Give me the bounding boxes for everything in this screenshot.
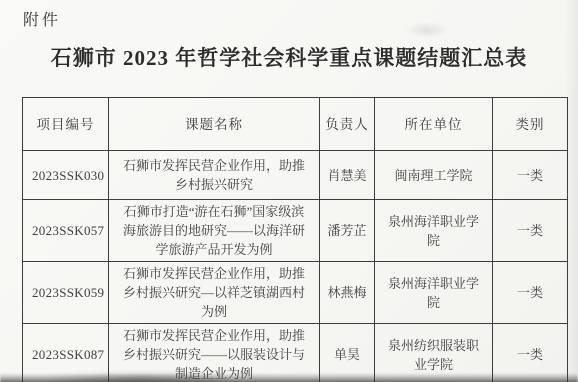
unit-cell: 闽南理工学院 [375, 151, 493, 200]
table-row: 2023SSK057 石狮市打造“游在石狮”国家级滨海旅游目的地研究——以海洋研… [23, 200, 568, 262]
topic-cell: 石狮市发挥民营企业作用，助推乡村振兴研究——以服装设计与制造企业为例 [109, 324, 320, 382]
leader-cell: 林燕梅 [320, 262, 375, 324]
category-cell: 一类 [493, 151, 568, 200]
unit-cell: 泉州海洋职业学院 [375, 262, 493, 324]
scanned-document-page: 附件 石狮市 2023 年哲学社会科学重点课题结题汇总表 项目编号 课题名称 负… [0, 0, 578, 382]
leader-cell: 潘芳芷 [320, 200, 375, 262]
header-project-code: 项目编号 [23, 98, 109, 151]
project-code-cell: 2023SSK087 [23, 324, 109, 382]
category-cell: 一类 [493, 200, 568, 262]
table-row: 2023SSK087 石狮市发挥民营企业作用，助推乡村振兴研究——以服装设计与制… [23, 324, 568, 382]
scan-smudge-artifact [405, 22, 449, 38]
project-code-cell: 2023SSK030 [23, 151, 109, 200]
leader-cell: 肖慧美 [320, 151, 375, 200]
unit-cell: 泉州纺织服装职业学院 [375, 324, 493, 382]
leader-cell: 单昊 [320, 324, 375, 382]
header-unit: 所在单位 [375, 98, 493, 151]
category-cell: 一类 [493, 324, 568, 382]
table-row: 2023SSK030 石狮市发挥民营企业作用，助推乡村振兴研究 肖慧美 闽南理工… [23, 151, 568, 200]
projects-table: 项目编号 课题名称 负责人 所在单位 类别 2023SSK030 石狮市发挥民营… [22, 97, 568, 382]
project-code-cell: 2023SSK057 [23, 200, 109, 262]
table-row: 2023SSK059 石狮市发挥民营企业作用，助推乡村振兴研究—以祥芝镇湖西村为… [23, 262, 568, 324]
header-leader: 负责人 [320, 98, 375, 151]
topic-cell: 石狮市发挥民营企业作用，助推乡村振兴研究—以祥芝镇湖西村为例 [109, 262, 320, 324]
category-cell: 一类 [493, 262, 568, 324]
attachment-label: 附件 [23, 7, 61, 30]
project-code-cell: 2023SSK059 [23, 262, 109, 324]
page-title: 石狮市 2023 年哲学社会科学重点课题结题汇总表 [0, 42, 578, 72]
header-topic: 课题名称 [109, 98, 320, 151]
table-header-row: 项目编号 课题名称 负责人 所在单位 类别 [23, 98, 568, 151]
topic-cell: 石狮市发挥民营企业作用，助推乡村振兴研究 [109, 151, 320, 200]
topic-cell: 石狮市打造“游在石狮”国家级滨海旅游目的地研究——以海洋研学旅游产品开发为例 [109, 200, 320, 262]
header-category: 类别 [493, 98, 568, 151]
unit-cell: 泉州海洋职业学院 [375, 200, 493, 262]
